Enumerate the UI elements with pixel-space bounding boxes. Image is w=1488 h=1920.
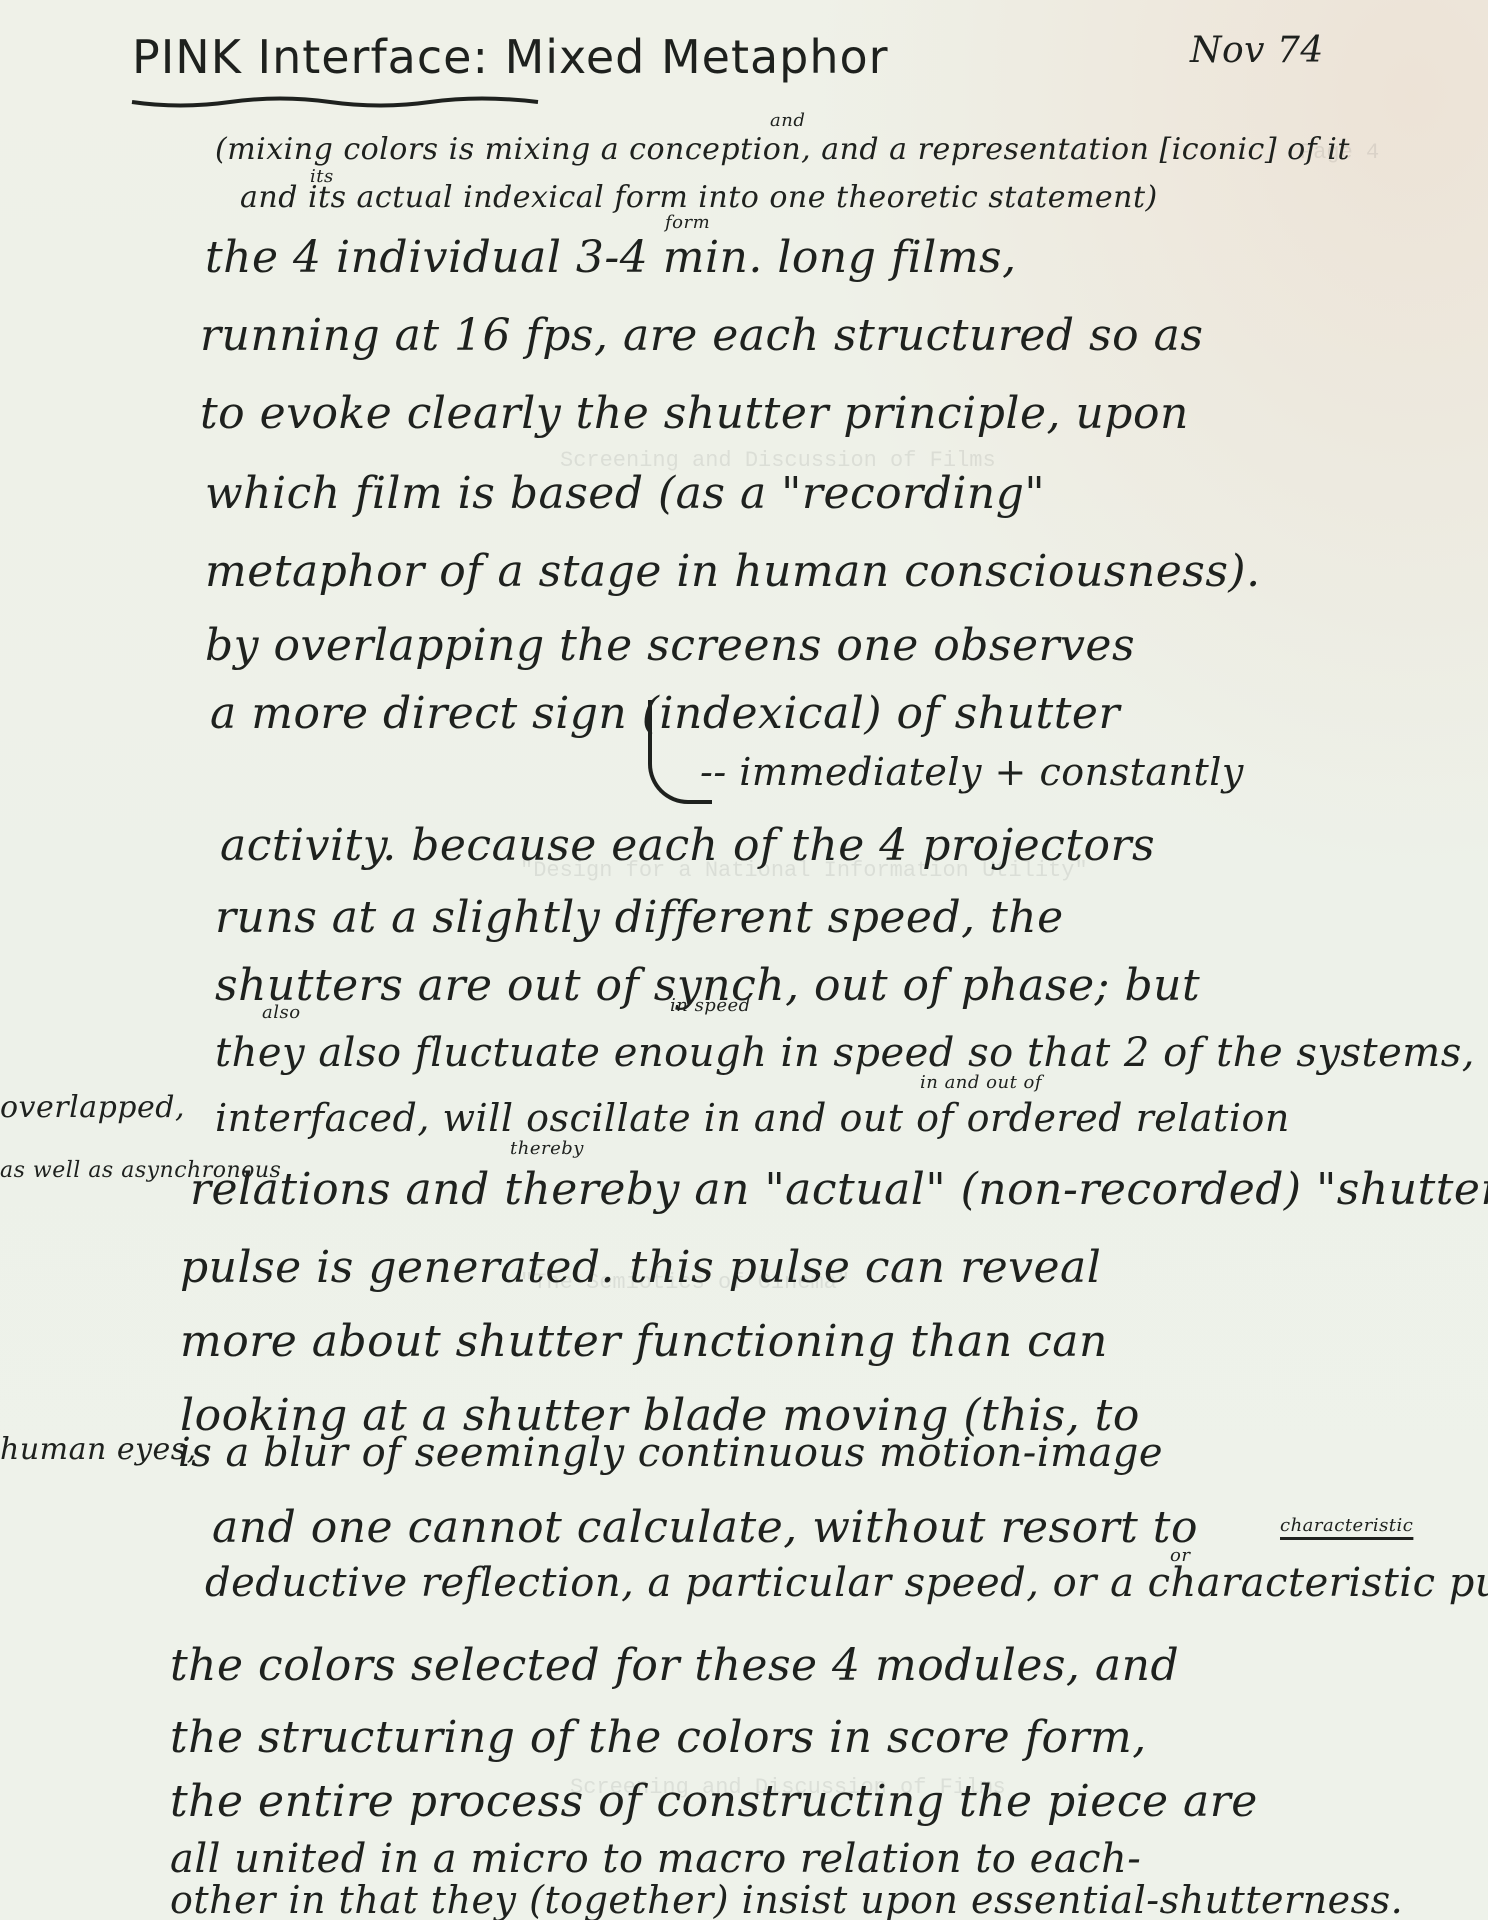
margin-note-human-eyes: human eyes, <box>0 1432 197 1467</box>
subtitle-line-1: (mixing colors is mixing a conception, a… <box>215 132 1350 167</box>
page-title: PINK Interface: Mixed Metaphor <box>132 30 889 84</box>
body-line: and one cannot calculate, without resort… <box>212 1502 1198 1553</box>
body-line: deductive reflection, a particular speed… <box>205 1560 1488 1606</box>
body-line: activity. because each of the 4 projecto… <box>220 820 1155 871</box>
body-line: -- immediately + constantly <box>700 750 1244 794</box>
insertion-form: form <box>665 212 710 233</box>
body-line: interfaced, will oscillate in and out of… <box>215 1096 1290 1140</box>
insertion-in-and-out-of: in and out of <box>920 1072 1042 1093</box>
insertion-thereby: thereby <box>510 1138 584 1159</box>
body-line: the colors selected for these 4 modules,… <box>170 1640 1179 1691</box>
insertion-and: and <box>770 110 805 131</box>
insertion-in-speed: in speed <box>670 995 751 1016</box>
body-line: the entire process of constructing the p… <box>170 1776 1258 1827</box>
body-line: all united in a micro to macro relation … <box>170 1836 1141 1882</box>
insertion-characteristic: characteristic <box>1280 1515 1413 1536</box>
body-line: by overlapping the screens one observes <box>205 620 1135 671</box>
body-line: is a blur of seemingly continuous motion… <box>178 1430 1163 1476</box>
body-line: the structuring of the colors in score f… <box>170 1712 1147 1763</box>
body-line: they also fluctuate enough in speed so t… <box>215 1030 1475 1076</box>
body-line: which film is based (as a "recording" <box>205 468 1045 519</box>
body-line: running at 16 fps, are each structured s… <box>200 310 1203 361</box>
body-line: the 4 individual 3-4 min. long films, <box>205 232 1017 283</box>
body-line: more about shutter functioning than can <box>180 1316 1108 1367</box>
body-line: to evoke clearly the shutter principle, … <box>200 388 1189 439</box>
body-line: pulse is generated. this pulse can revea… <box>180 1242 1101 1293</box>
handwritten-page: Page 4 Screening and Discussion of Films… <box>0 0 1488 1920</box>
date-label: Nov 74 <box>1190 30 1324 71</box>
margin-note-overlapped: overlapped, <box>0 1090 185 1125</box>
insertion-also: also <box>262 1002 301 1023</box>
body-line: metaphor of a stage in human consciousne… <box>205 546 1261 597</box>
title-underline <box>130 95 540 109</box>
body-line: runs at a slightly different speed, the <box>215 892 1064 943</box>
body-line: relations and thereby an "actual" (non-r… <box>190 1164 1488 1215</box>
subtitle-line-2: and its actual indexical form into one t… <box>240 180 1158 215</box>
body-line: other in that they (together) insist upo… <box>170 1878 1403 1920</box>
